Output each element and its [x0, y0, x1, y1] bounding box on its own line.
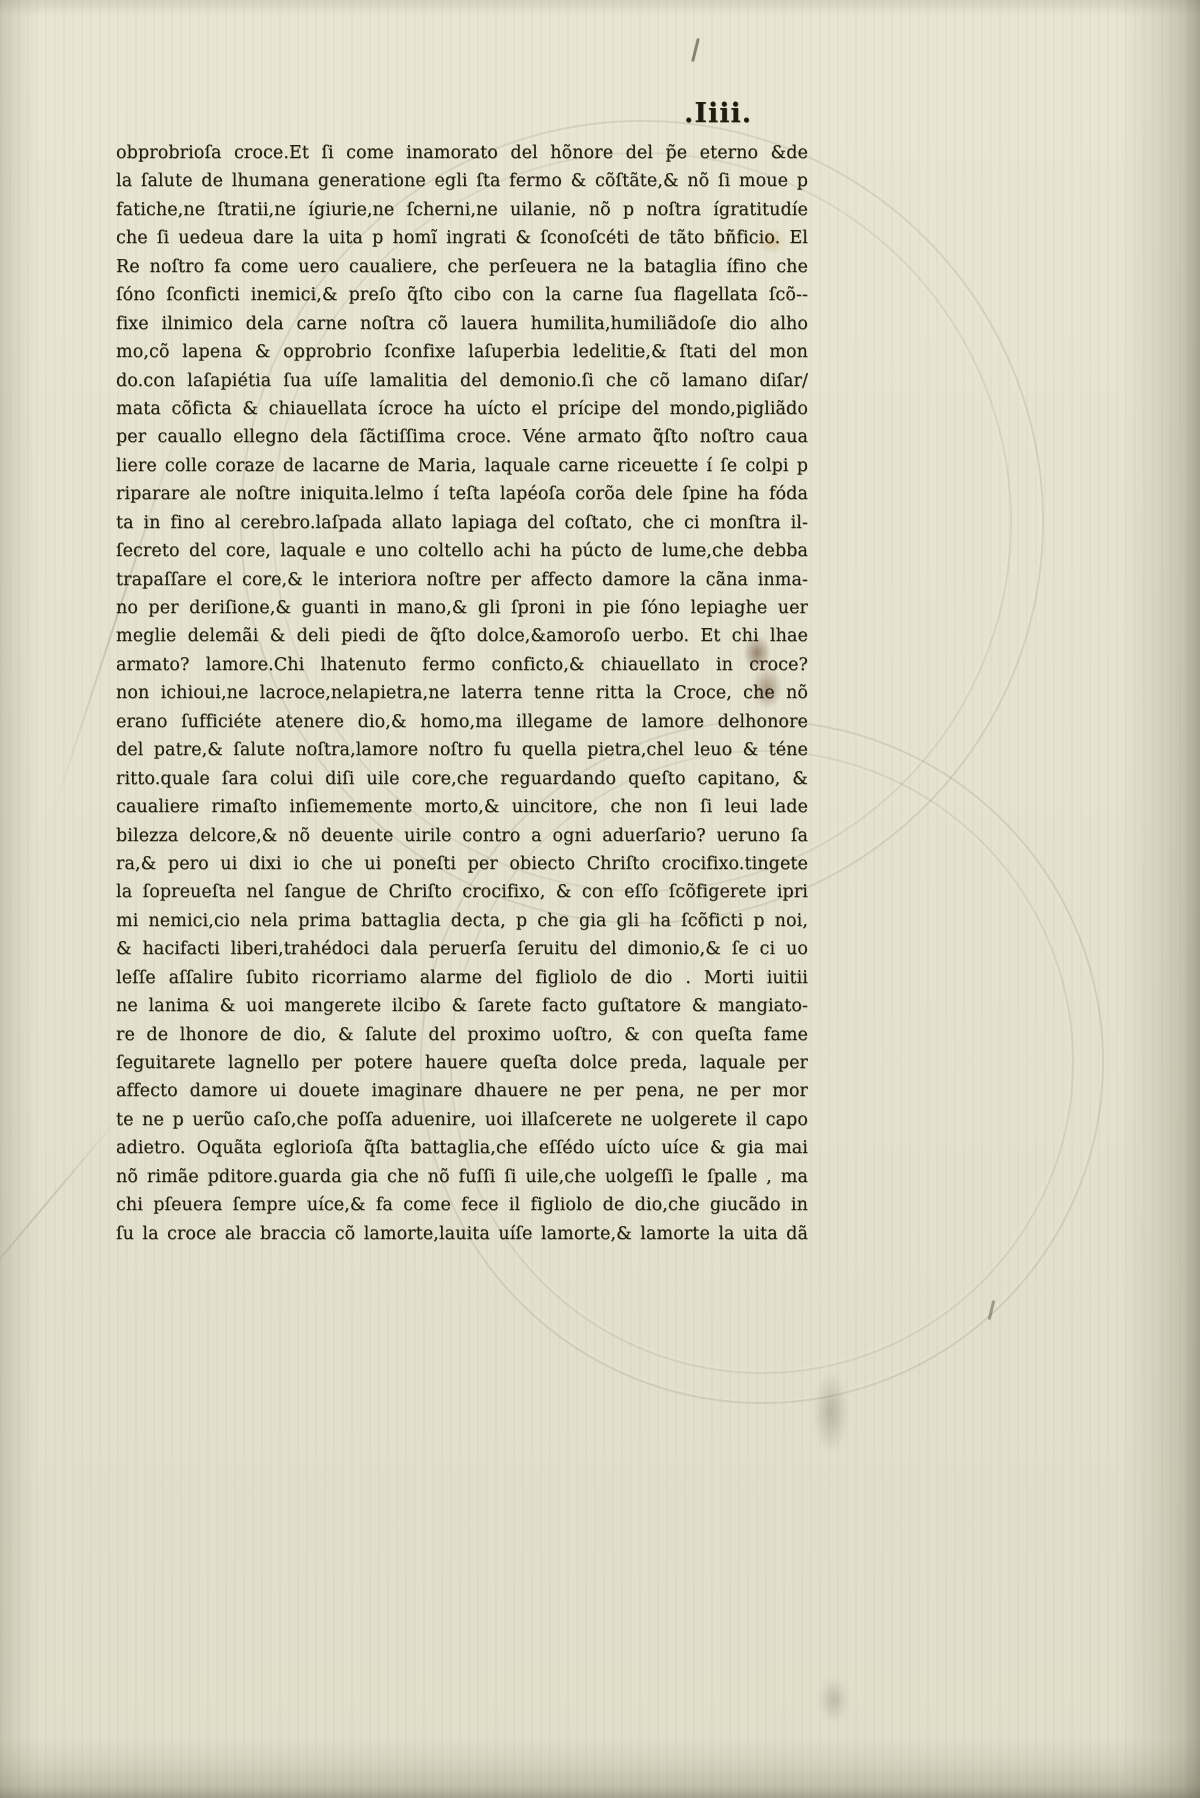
text-line: & hacifacti liberi,trahédoci dala peruer… — [116, 935, 808, 963]
text-line: re de lhonore de dio, & ſalute del proxi… — [116, 1021, 808, 1049]
text-line: che ſi uedeua dare la uita p homĩ ingrat… — [116, 224, 808, 252]
text-line: mata cõficta & chiauellata ícroce ha uíc… — [116, 395, 808, 423]
text-line: affecto damore ui douete imaginare dhaue… — [116, 1077, 808, 1105]
text-line: liere colle coraze de lacarne de Maria, … — [116, 452, 808, 480]
text-line: ſecreto del core, laquale e uno coltello… — [116, 537, 808, 565]
text-block: obprobrioſa croce.Et ſi come inamorato d… — [116, 139, 808, 1248]
text-line: ritto.quale ſara colui diſi uile core,ch… — [116, 765, 808, 793]
text-line: fixe ilnimico dela carne noſtra cõ lauer… — [116, 310, 808, 338]
text-line: caualiere rimaſto inſiememente morto,& u… — [116, 793, 808, 821]
text-line: del patre,& ſalute noſtra,lamore noſtro … — [116, 736, 808, 764]
gray-smudge — [820, 1678, 848, 1722]
page-edge-left — [0, 0, 38, 1798]
text-line: do.con laſapiétia ſua uíſe lamalitia del… — [116, 367, 808, 395]
page-edge-bottom — [0, 1738, 1200, 1798]
folio-number: .Iiii. — [684, 98, 752, 129]
text-line: ra,& pero ui dixi io che ui poneſti per … — [116, 850, 808, 878]
text-line: mo,cõ lapena & opprobrio ſconfixe laſupe… — [116, 338, 808, 366]
text-line: te ne p uerũo caſo,che poſſa aduenire, u… — [116, 1106, 808, 1134]
text-line: mi nemici,cio nela prima battaglia decta… — [116, 907, 808, 935]
text-line: ta in fino al cerebro.laſpada allato lap… — [116, 509, 808, 537]
text-line: ſu la croce ale braccia cõ lamorte,lauit… — [116, 1220, 808, 1248]
text-line: nõ rimãe pditore.guarda gia che nõ fuſſi… — [116, 1163, 808, 1191]
text-line: Re noſtro fa come uero caualiere, che pe… — [116, 253, 808, 281]
text-line: leſſe aſſalire ſubito ricorriamo alarme … — [116, 964, 808, 992]
text-line: adietro. Oquãta eglorioſa q̃ſta battagli… — [116, 1134, 808, 1162]
text-line: per cauallo ellegno dela ſãctiſſima croc… — [116, 423, 808, 451]
text-line: trapaſſare el core,& le interiora noſtre… — [116, 566, 808, 594]
text-line: non ichioui,ne lacroce,nelapietra,ne lat… — [116, 679, 808, 707]
page-edge-right — [1120, 0, 1200, 1798]
text-line: ſeguitarete lagnello per potere hauere q… — [116, 1049, 808, 1077]
stray-pen-mark — [691, 38, 700, 62]
text-line: no per deriſione,& guanti in mano,& gli … — [116, 594, 808, 622]
scanned-book-page: { "page": { "folio_number": ".Iiii." }, … — [0, 0, 1200, 1798]
text-line: chi pſeuera ſempre uíce,& fa come fece i… — [116, 1191, 808, 1219]
text-line: meglie delemãi & deli piedi de q̃ſto dol… — [116, 622, 808, 650]
text-line: obprobrioſa croce.Et ſi come inamorato d… — [116, 139, 808, 167]
text-line: fatiche,ne ſtratii,ne ígiurie,ne ſcherni… — [116, 196, 808, 224]
text-line: bilezza delcore,& nõ deuente uirile cont… — [116, 822, 808, 850]
text-line: ſóno ſconficti inemici,& preſo q̃ſto cib… — [116, 281, 808, 309]
text-line: riparare ale noſtre iniquita.lelmo í teſ… — [116, 480, 808, 508]
text-line: ne lanima & uoi mangerete ilcibo & ſaret… — [116, 992, 808, 1020]
text-line: erano ſufficiéte atenere dio,& homo,ma i… — [116, 708, 808, 736]
text-line: armato? lamore.Chi lhatenuto fermo confi… — [116, 651, 808, 679]
text-line: la ſalute de lhumana generatione egli ſt… — [116, 167, 808, 195]
gray-smudge — [814, 1372, 848, 1452]
page-edge-top — [0, 0, 1200, 16]
stray-pen-mark — [988, 1300, 996, 1320]
text-line: la ſopreueſta nel ſangue de Chriſto croc… — [116, 878, 808, 906]
